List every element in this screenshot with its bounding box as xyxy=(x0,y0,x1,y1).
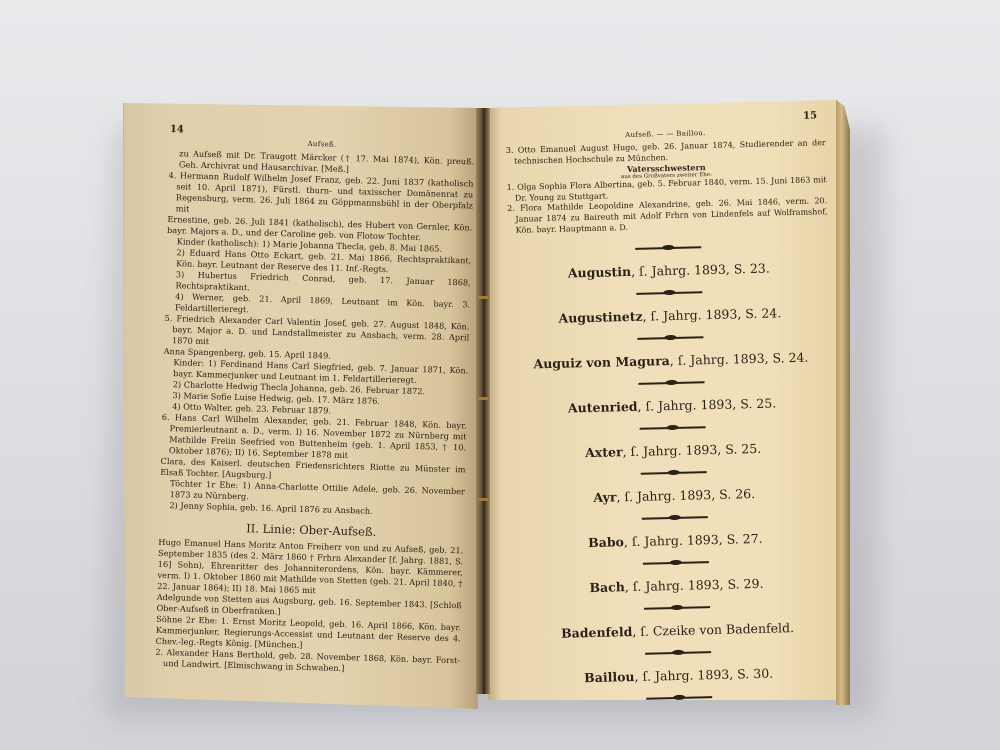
page-number-left: 14 xyxy=(170,124,184,135)
ornament-divider xyxy=(645,648,711,658)
binding-thread xyxy=(478,397,488,400)
cross-reference: Augustinetz, ſ. Jahrg. 1893, S. 24. xyxy=(510,302,830,330)
page-number-right: 15 xyxy=(803,110,817,121)
ornament-divider xyxy=(641,468,707,478)
ornament-divider xyxy=(646,693,712,703)
ornament-divider xyxy=(638,378,704,388)
cross-reference: Auguiz von Magura, ſ. Jahrg. 1893, S. 24… xyxy=(511,347,831,375)
ornament-divider xyxy=(644,603,710,613)
cross-reference: Baillou, ſ. Jahrg. 1893, S. 30. xyxy=(518,662,838,690)
cross-reference: Bach, ſ. Jahrg. 1893, S. 29. xyxy=(516,572,836,600)
left-page-text: 14 Aufseß. zu Aufseß mit Dr. Traugott Mä… xyxy=(155,126,475,677)
cross-reference: Axter, ſ. Jahrg. 1893, S. 25. xyxy=(513,437,833,465)
ornament-divider xyxy=(635,243,701,253)
cross-reference-list: Augustin, ſ. Jahrg. 1893, S. 23. Augusti… xyxy=(508,240,839,706)
page-block-edge xyxy=(836,100,850,705)
cross-reference: Ayr, ſ. Jahrg. 1893, S. 26. xyxy=(514,482,834,510)
cross-reference: Badenfeld, ſ. Czeike von Badenfeld. xyxy=(517,617,837,645)
ornament-divider xyxy=(636,288,702,298)
ornament-divider xyxy=(637,333,703,343)
cross-reference: Autenried, ſ. Jahrg. 1893, S. 25. xyxy=(512,392,832,420)
ornament-divider xyxy=(643,558,709,568)
binding-thread xyxy=(478,498,488,501)
ornament-divider xyxy=(642,513,708,523)
cross-reference: Augustin, ſ. Jahrg. 1893, S. 23. xyxy=(509,257,829,285)
book-gutter xyxy=(476,108,490,694)
right-page-text: 15 Aufseß. — — Baillou. 3. Otto Emanuel … xyxy=(505,110,839,715)
entry: 2. Flora Mathilde Leopoldine Alexandrine… xyxy=(507,197,828,237)
cross-reference: Babo, ſ. Jahrg. 1893, S. 27. xyxy=(515,527,835,555)
open-book: 14 Aufseß. zu Aufseß mit Dr. Traugott Mä… xyxy=(0,0,1000,750)
entry: Hugo Emanuel Hans Moritz Anton Freiherr … xyxy=(157,537,463,600)
ornament-divider xyxy=(640,423,706,433)
binding-thread xyxy=(478,296,488,299)
